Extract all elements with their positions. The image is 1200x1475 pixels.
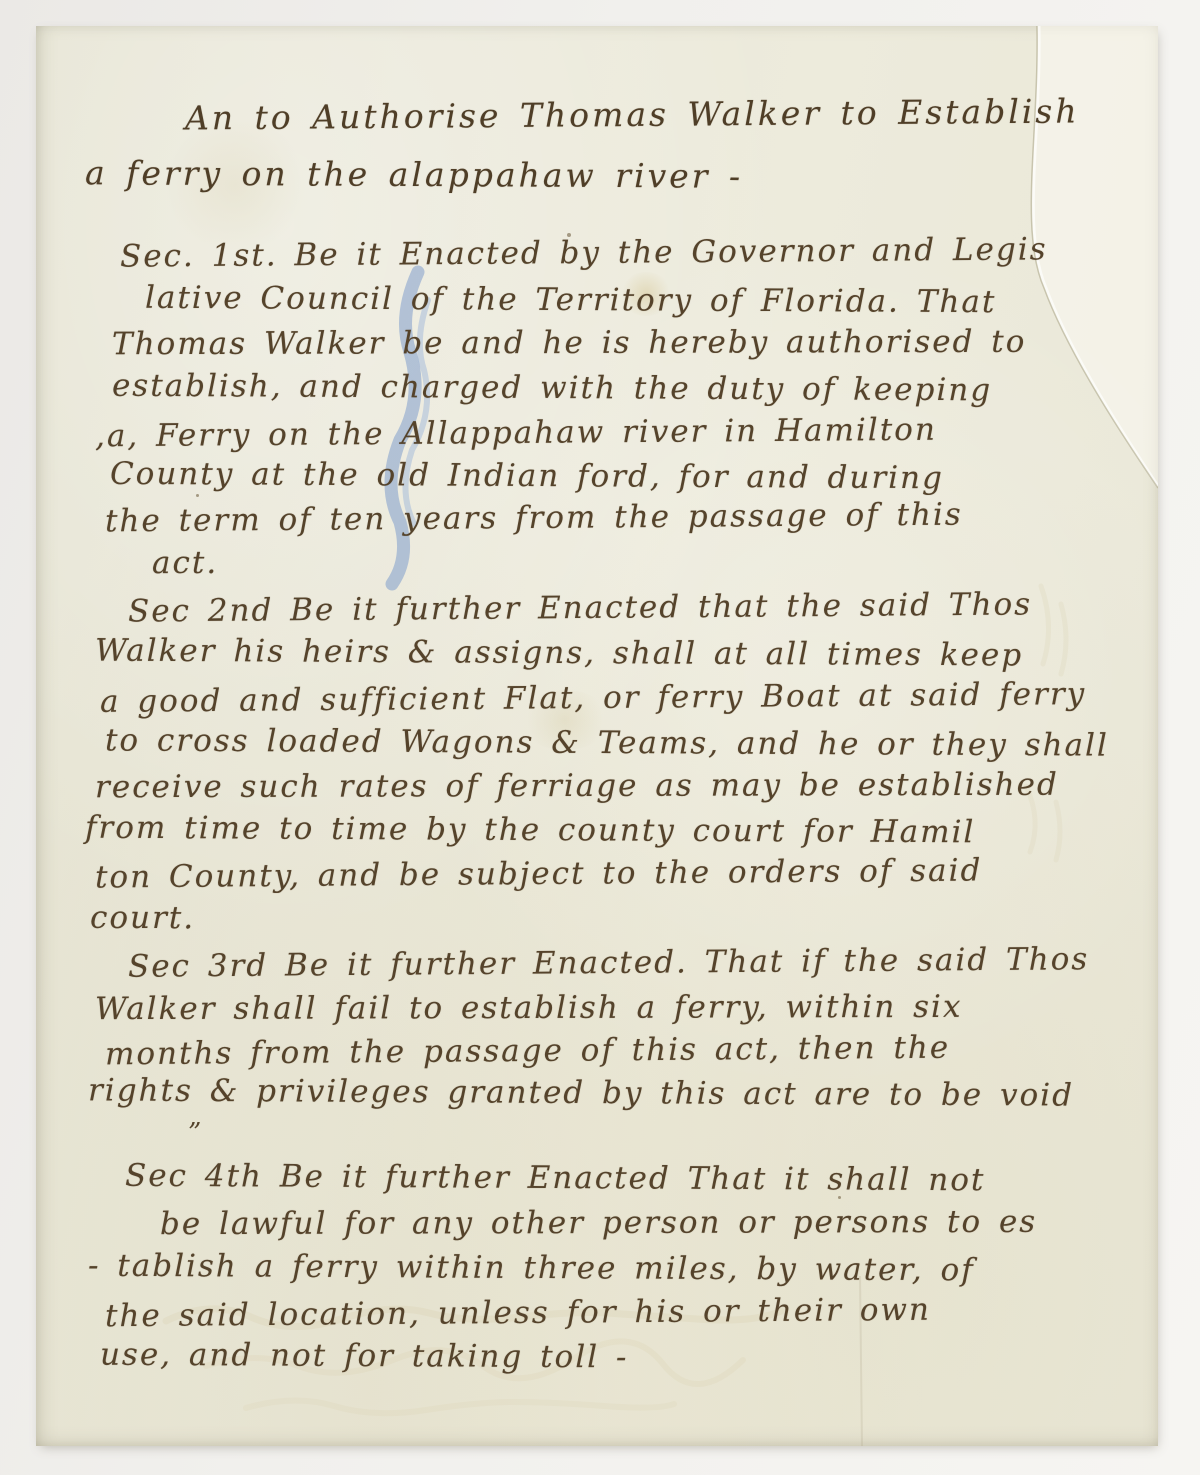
title-line: a ferry on the alappahaw river -: [85, 153, 743, 196]
manuscript-line: Thomas Walker be and he is hereby author…: [112, 324, 1026, 364]
manuscript-line: rights & privileges granted by this act …: [88, 1072, 1074, 1114]
manuscript-line: lative Council of the Territory of Flori…: [145, 280, 997, 322]
manuscript-line: act.: [152, 545, 218, 582]
manuscript-line: receive such rates of ferriage as may be…: [95, 767, 1059, 807]
manuscript-line: from time to time by the county court fo…: [85, 810, 976, 852]
manuscript-line: to cross loaded Wagons & Teams, and he o…: [105, 722, 1109, 764]
manuscript-line: ton County, and be subject to the orders…: [95, 853, 983, 897]
manuscript-line: Sec 4th Be it further Enacted That it sh…: [125, 1158, 986, 1200]
manuscript-scan: An to Authorise Thomas Walker to Establi…: [0, 0, 1200, 1475]
manuscript-line: Sec 3rd Be it further Enacted. That if t…: [128, 941, 1090, 986]
manuscript-line: be lawful for any other person or person…: [160, 1204, 1037, 1243]
manuscript-line: court.: [90, 900, 195, 938]
manuscript-line: Sec. 1st. Be it Enacted by the Governor …: [120, 231, 1048, 275]
manuscript-line: a good and sufficient Flat, or ferry Boa…: [100, 676, 1086, 721]
manuscript-line: the said location, unless for his or the…: [105, 1292, 931, 1336]
manuscript-line: months from the passage of this act, the…: [105, 1030, 950, 1074]
manuscript-line: use, and not for taking toll -: [100, 1337, 629, 1377]
manuscript-line: the term of ten years from the passage o…: [105, 497, 963, 541]
manuscript-line: Walker shall fail to establish a ferry, …: [95, 989, 963, 1028]
manuscript-line: Sec 2nd Be it further Enacted that the s…: [128, 586, 1032, 630]
title-line: An to Authorise Thomas Walker to Establi…: [185, 91, 1080, 138]
ditto-mark: ”: [188, 1118, 201, 1148]
manuscript-line: - tablish a ferry within three miles, by…: [88, 1248, 975, 1290]
manuscript-line: ,a, Ferry on the Allappahaw river in Ham…: [95, 412, 937, 456]
manuscript-line: County at the old Indian ford, for and d…: [110, 456, 944, 498]
manuscript-line: Walker his heirs & assigns, shall at all…: [95, 633, 1023, 675]
handwriting-layer: An to Authorise Thomas Walker to Establi…: [0, 0, 1200, 1475]
manuscript-line: establish, and charged with the duty of …: [112, 368, 992, 410]
